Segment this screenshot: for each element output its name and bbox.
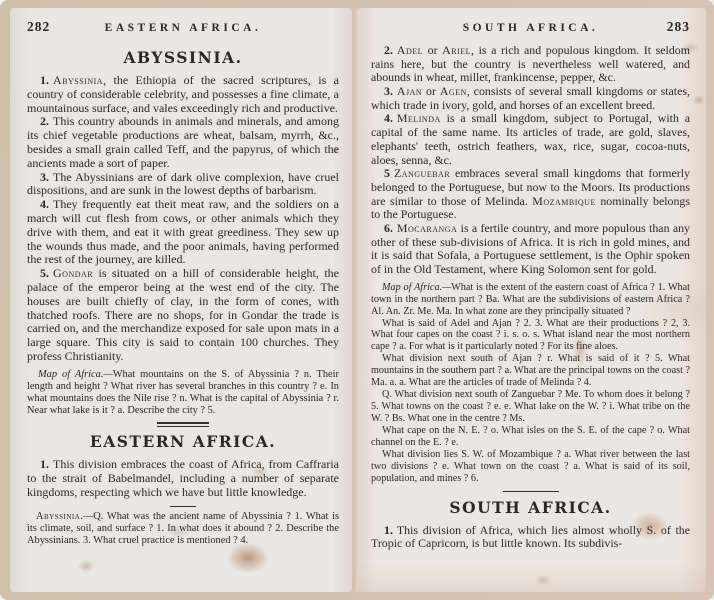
text-run: What is said of Adel and Ajan ? 2. 3. Wh… (371, 318, 690, 353)
question-paragraph: Q. What division next south of Zanguebar… (371, 389, 690, 425)
text-run: The Abyssinians are of dark olive comple… (27, 170, 339, 198)
text-run: This country abounds in animals and mine… (27, 114, 339, 169)
small-caps-term: Ajan (397, 84, 422, 98)
question-paragraph: What is said of Adel and Ajan ? 2. 3. Wh… (371, 318, 690, 354)
paragraph-number: 3. (384, 84, 397, 98)
footnote: Abyssinia.—Q. What was the ancient name … (27, 511, 339, 548)
question-paragraph: What cape on the N. E. ? o. What isles o… (371, 425, 690, 449)
running-head-left: EASTERN AFRICA. (105, 22, 262, 34)
text-run: or (422, 84, 440, 98)
paragraph: 3.Ajan or Agen, consists of several smal… (371, 85, 690, 112)
page-number-left: 282 (27, 19, 50, 35)
text-run: What division next south of Ajan ? r. Wh… (371, 353, 690, 388)
divider-rule (170, 506, 196, 507)
question-paragraph: Map of Africa.—What is the extent of the… (371, 282, 690, 318)
paragraph-number: 4. (40, 197, 53, 211)
paragraph-number: 1. (40, 73, 53, 87)
question-paragraph: What division lies S. W. of Mozambique ?… (371, 449, 690, 485)
paragraph: 5Zanguebar embraces several small kingdo… (371, 167, 690, 222)
page-body-left: ABYSSINIA.1.Abyssinia, the Ethiopia of t… (27, 44, 339, 548)
paragraph: 1.This division of Africa, which lies al… (371, 524, 690, 551)
paragraph-number: 5 (384, 166, 394, 180)
paragraph: 6.Mocaranga is a fertile country, and mo… (371, 222, 690, 277)
section-title: ABYSSINIA. (27, 48, 339, 67)
page-header-left: 282 EASTERN AFRICA. (27, 19, 339, 35)
paragraph-number: 4. (384, 111, 397, 125)
paragraph-number: 1. (384, 523, 397, 537)
small-caps-term: Agen (440, 84, 467, 98)
small-caps-term: Mocaranga (397, 221, 457, 235)
italic-lead: Map of Africa.— (38, 369, 113, 380)
page-left: 282 EASTERN AFRICA. ABYSSINIA.1.Abyssini… (10, 8, 352, 592)
paragraph: 5.Gondar is situated on a hill of consid… (27, 267, 339, 364)
italic-lead: Map of Africa.— (382, 282, 451, 293)
section-title: SOUTH AFRICA. (371, 498, 690, 517)
small-caps-term: Abyssinia (36, 511, 80, 522)
divider-rule (157, 422, 209, 427)
text-run: Q. What division next south of Zanguebar… (371, 389, 690, 424)
text-run: or (423, 44, 442, 57)
small-caps-term: Abyssinia (53, 73, 103, 87)
running-head-right: SOUTH AFRICA. (463, 22, 599, 34)
small-caps-term: Zanguebar (394, 166, 450, 180)
question-paragraph: What division next south of Ajan ? r. Wh… (371, 353, 690, 389)
text-run: What cape on the N. E. ? o. What isles o… (371, 425, 690, 448)
text-run: This division of Africa, which lies almo… (371, 523, 690, 551)
page-number-right: 283 (667, 19, 690, 35)
text-run: is situated on a hill of considerable he… (27, 266, 339, 363)
paragraph: 2.Adel or Ariel, is a rich and populous … (371, 44, 690, 85)
paragraph: 1.Abyssinia, the Ethiopia of the sacred … (27, 74, 339, 115)
small-caps-term: Mozambique (532, 194, 596, 208)
text-run: What division lies S. W. of Mozambique ?… (371, 449, 690, 484)
text-run: This division embraces the coast of Afri… (27, 457, 339, 499)
small-caps-term: Gondar (53, 266, 93, 280)
paragraph-number: 2. (384, 44, 397, 57)
paragraph-number: 6. (384, 221, 397, 235)
text-run: They frequently eat theit meat raw, and … (27, 197, 339, 266)
paragraph-number: 3. (40, 170, 53, 184)
page-body-right: 2.Adel or Ariel, is a rich and populous … (371, 44, 690, 551)
paragraph-number: 2. (40, 114, 53, 128)
paragraph: 3.The Abyssinians are of dark olive comp… (27, 171, 339, 199)
paragraph: 4.They frequently eat theit meat raw, an… (27, 198, 339, 267)
paragraph: 1.This division embraces the coast of Af… (27, 458, 339, 499)
small-caps-term: Melinda (397, 111, 441, 125)
page-header-right: SOUTH AFRICA. 283 (371, 19, 690, 35)
paragraph-number: 5. (40, 266, 53, 280)
small-caps-term: Adel (397, 44, 423, 57)
small-caps-term: Ariel (442, 44, 471, 57)
page-right: SOUTH AFRICA. 283 2.Adel or Ariel, is a … (358, 8, 706, 592)
section-title: EASTERN AFRICA. (27, 432, 339, 451)
question-paragraph: Map of Africa.—What mountains on the S. … (27, 369, 339, 418)
paragraph: 4.Melinda is a small kingdom, subject to… (371, 112, 690, 167)
paragraph-number: 1. (40, 457, 53, 471)
book-spread: 282 EASTERN AFRICA. ABYSSINIA.1.Abyssini… (0, 0, 714, 600)
divider-rule (503, 491, 559, 492)
paragraph: 2.This country abounds in animals and mi… (27, 115, 339, 170)
